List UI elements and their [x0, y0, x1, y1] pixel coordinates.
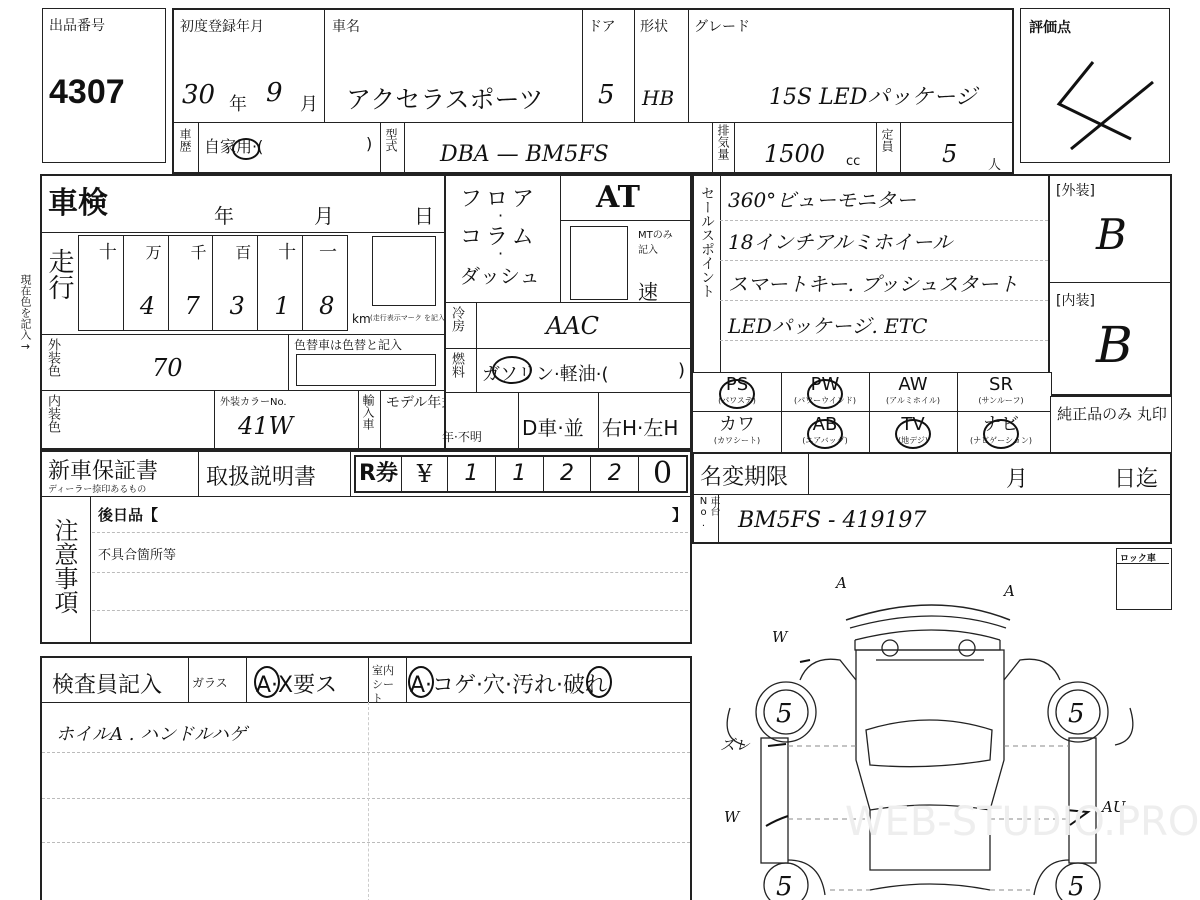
- model-year-suffix: 年·不明: [442, 428, 482, 445]
- defects-label: 不具合箇所等: [98, 544, 176, 563]
- ac-label: 冷房: [450, 306, 463, 332]
- sales-points-block: セールスポイント 360°ビューモニター 18インチアルミホイール スマートキー…: [692, 174, 1050, 374]
- grade-value: 15S LEDパッケージ: [769, 80, 977, 111]
- registration-label: 初度登録年月: [180, 16, 264, 36]
- registration-month: 9: [266, 78, 283, 108]
- watermark: WEB-STUDIO.PRO: [845, 799, 1199, 845]
- mileage-label: 走行: [46, 248, 72, 300]
- equipment-circle-mark: [895, 419, 931, 449]
- interior-grade-label: [内装]: [1056, 290, 1095, 310]
- fuel-circle-mark: [492, 356, 532, 384]
- genuine-note: 純正品のみ 丸印: [1057, 403, 1167, 425]
- score-handwritten-4: [1051, 54, 1161, 154]
- warranty-row: 新車保証書 ディーラー捺印あるもの 取扱説明書 R券 ¥ 1 1 2 2 0 注…: [40, 450, 692, 644]
- equipment-code: カワ: [693, 415, 781, 435]
- mark-left-side-lower: W: [724, 808, 741, 826]
- name-change-label: 名変期限: [700, 460, 788, 491]
- seat-options: A·コゲ·穴·汚れ·破れ: [410, 668, 607, 699]
- equipment-item: AB(エアバッグ): [781, 413, 869, 453]
- glass-circle-mark: [254, 666, 280, 698]
- fuel-label: 燃料: [450, 352, 463, 378]
- tire-front-left: 5: [776, 872, 793, 900]
- later-items-close: 】: [672, 504, 687, 525]
- seat-label: 室内シート: [372, 664, 402, 706]
- recycle-digit: 0: [639, 457, 686, 491]
- shaken-month: 月: [314, 200, 334, 229]
- seat-stain-circle-mark: [586, 666, 612, 698]
- notes-label: 注意事項: [52, 518, 76, 614]
- seat-circle-mark: [408, 666, 434, 698]
- body-shape-label: 形状: [640, 16, 668, 36]
- name-change-day: 日迄: [1114, 462, 1158, 493]
- mileage-cell: 十: [79, 236, 124, 330]
- sales-points-label: セールスポイント: [700, 186, 714, 298]
- chassis-value: BM5FS - 419197: [738, 508, 926, 533]
- recycle-label: R券: [356, 457, 402, 491]
- name-change-row: 名変期限 月 日迄 車台No. BM5FS - 419197: [692, 452, 1172, 544]
- color-no-value: 41W: [238, 412, 293, 440]
- equipment-name: (サンルーフ): [957, 395, 1045, 407]
- recycle-digit: 1: [448, 457, 496, 491]
- month-unit: 月: [300, 90, 318, 116]
- handle-option: 右H·左H: [602, 412, 678, 441]
- equipment-grid: PS(パワステ)PW(パワーウインド)AW(アルミホイル)SR(サンルーフ)カワ…: [692, 372, 1052, 454]
- doors-value: 5: [598, 80, 615, 110]
- equipment-circle-mark: [983, 419, 1019, 449]
- inspection-block: 車検 年 月 日 走行 十 万4 千7 百3 十1 一8 km (走行表示マーク…: [40, 174, 446, 450]
- equipment-item: AW(アルミホイル): [869, 373, 957, 413]
- equipment-circle-mark: [719, 379, 755, 409]
- sales-point-line: LEDパッケージ. ETC: [728, 310, 927, 339]
- repaint-label: 色替車は色替と記入: [294, 336, 402, 353]
- capacity-unit: 人: [988, 154, 1001, 173]
- ac-value: AAC: [546, 312, 599, 340]
- equipment-code: SR: [957, 375, 1045, 395]
- year-unit: 年: [229, 90, 247, 116]
- recycle-digit: 2: [544, 457, 592, 491]
- mark-left-fender: W: [772, 628, 789, 646]
- tire-front-right: 5: [1068, 872, 1085, 900]
- mark-rear-bumper-right: A: [1002, 582, 1015, 600]
- displacement-unit: cc: [846, 154, 860, 169]
- equipment-item: TV(地デジ): [869, 413, 957, 453]
- recycle-digit: 1: [496, 457, 544, 491]
- mileage-unit: km: [352, 312, 371, 326]
- shaken-label: 車検: [48, 178, 108, 222]
- mileage-note: (走行表示マーク を記入): [370, 313, 448, 323]
- model-code-label: 型式: [385, 128, 397, 152]
- equipment-item: PW(パワーウインド): [781, 373, 869, 413]
- mark-rear-bumper-left: A: [834, 574, 847, 592]
- car-damage-diagram: 5 5 5 5 A A W ズレ W AU WEB-STUDIO.PRO: [700, 560, 1200, 900]
- chassis-label: 車台No.: [698, 496, 718, 542]
- recycle-box: R券 ¥ 1 1 2 2 0: [354, 455, 688, 493]
- currency-symbol: ¥: [402, 457, 448, 491]
- tire-rear-right: 5: [1068, 699, 1085, 729]
- mileage-mark-box: [372, 236, 436, 306]
- speed-label: 速: [638, 276, 658, 305]
- interior-grade-value: B: [1096, 316, 1133, 374]
- glass-label: ガラス: [192, 674, 228, 691]
- import-label: 輸入車: [362, 394, 374, 430]
- shaken-day: 日: [414, 200, 434, 229]
- equipment-name: (カワシート): [693, 435, 781, 447]
- shaken-year: 年: [214, 200, 234, 229]
- exterior-grade-value: B: [1096, 210, 1127, 259]
- capacity-value: 5: [942, 140, 957, 168]
- warranty-sub: ディーラー捺印あるもの: [48, 482, 146, 495]
- mileage-cell: 百3: [213, 236, 258, 330]
- displacement-label: 排気量: [717, 124, 729, 160]
- doors-label: ドア: [588, 16, 616, 36]
- mt-note: MTのみ 記入: [638, 226, 680, 256]
- capacity-label: 定員: [881, 128, 893, 152]
- exterior-color-label: 外装色: [46, 338, 59, 377]
- equipment-item: カワ(カワシート): [693, 413, 781, 453]
- equipment-circle-mark: [807, 379, 843, 409]
- tire-rear-left: 5: [776, 699, 793, 729]
- body-shape-value: HB: [642, 86, 674, 110]
- genuine-note-box: 純正品のみ 丸印: [1050, 396, 1172, 454]
- sales-point-line: スマートキー. プッシュスタート: [728, 268, 1019, 297]
- later-items-label: 後日品【: [98, 504, 158, 525]
- car-name: アクセラスポーツ: [346, 80, 544, 116]
- recycle-digit: 2: [591, 457, 639, 491]
- grade-label: グレード: [694, 16, 750, 36]
- warranty-label: 新車保証書: [48, 454, 158, 485]
- name-change-month: 月: [1006, 462, 1028, 493]
- displacement-value: 1500: [764, 140, 825, 168]
- equipment-item: ナビ(ナビゲーション): [957, 413, 1045, 453]
- vehicle-info-box: 初度登録年月 30 年 9 月 車名 アクセラスポーツ ドア 5 形状 HB グ…: [172, 8, 1014, 174]
- grades-block: [外装] B [内装] B: [1048, 174, 1172, 396]
- exterior-grade-label: [外装]: [1056, 180, 1095, 200]
- mileage-cell: 千7: [169, 236, 214, 330]
- history-circle-mark: [232, 138, 260, 160]
- inspector-label: 検査員記入: [52, 668, 162, 699]
- mileage-cell: 万4: [124, 236, 169, 330]
- color-no-label: 外装カラーNo.: [220, 393, 287, 408]
- interior-color-label: 内装色: [46, 394, 59, 433]
- mileage-cell: 十1: [258, 236, 303, 330]
- mileage-cell: 一8: [303, 236, 347, 330]
- repaint-box: [296, 354, 436, 386]
- sales-point-line: 18インチアルミホイール: [728, 226, 952, 255]
- history-close: ): [366, 134, 372, 153]
- equipment-code: AW: [869, 375, 957, 395]
- registration-year: 30: [182, 80, 215, 110]
- lot-number: 4307: [49, 73, 125, 112]
- mark-left-side-upper: ズレ: [720, 736, 751, 754]
- score-label: 評価点: [1029, 17, 1071, 37]
- sales-point-line: 360°ビューモニター: [728, 184, 916, 213]
- score-box: 評価点 4: [1020, 8, 1170, 163]
- lot-number-box: 出品番号 4307: [42, 8, 166, 163]
- shift-dash-label: ダッシュ: [460, 260, 540, 289]
- lot-number-label: 出品番号: [49, 15, 105, 35]
- inspector-block: 検査員記入 ガラス A·X要ス 室内シート A·コゲ·穴·汚れ·破れ ホイルA …: [40, 656, 692, 900]
- equipment-circle-mark: [807, 419, 843, 449]
- dealer-option: D車·並: [522, 412, 584, 441]
- side-note: 現在色を記入→: [20, 274, 31, 353]
- equipment-item: SR(サンルーフ): [957, 373, 1045, 413]
- car-name-label: 車名: [332, 16, 360, 36]
- shift-value: AT: [596, 180, 640, 215]
- fuel-close: ): [678, 360, 685, 381]
- model-code-value: DBA — BM5FS: [440, 142, 609, 167]
- mt-speed-box: [570, 226, 628, 300]
- mileage-digits: 十 万4 千7 百3 十1 一8: [78, 235, 348, 331]
- history-label: 車歴: [179, 128, 191, 152]
- exterior-color-value: 70: [152, 354, 183, 382]
- manual-label: 取扱説明書: [206, 460, 316, 491]
- inspector-comment: ホイルA . ハンドルハゲ: [56, 720, 247, 746]
- equipment-item: PS(パワステ): [693, 373, 781, 413]
- equipment-name: (アルミホイル): [869, 395, 957, 407]
- shift-ac-fuel-block: フロア · コラム · ダッシュ AT MTのみ 記入 速 冷房 AAC 燃料 …: [444, 174, 692, 450]
